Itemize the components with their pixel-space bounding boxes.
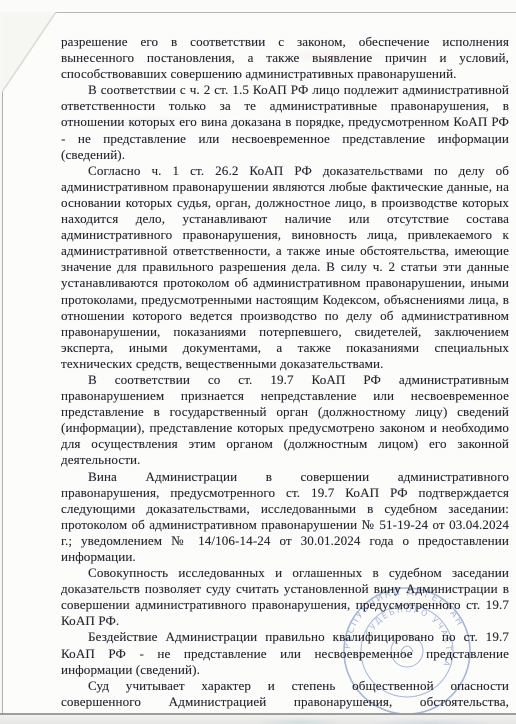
scanned-document-view: разрешение его в соответствии с законом,… <box>0 0 516 724</box>
paragraph: Вина Администрации в совершении админист… <box>61 469 509 566</box>
next-page-strip <box>0 715 516 724</box>
document-text: разрешение его в соответствии с законом,… <box>61 34 509 724</box>
paragraph: Согласно ч. 1 ст. 26.2 КоАП РФ доказател… <box>61 163 509 372</box>
paragraph: В соответствии с ч. 2 ст. 1.5 КоАП РФ ли… <box>61 82 509 162</box>
scanner-top-band <box>0 0 516 12</box>
paragraph: Бездействие Администрации правильно квал… <box>61 629 509 677</box>
paragraph: В соответствии со ст. 19.7 КоАП РФ админ… <box>61 372 509 469</box>
document-page: разрешение его в соответствии с законом,… <box>2 12 516 714</box>
paragraph: Совокупность исследованных и оглашенных … <box>61 565 509 629</box>
paragraph: разрешение его в соответствии с законом,… <box>61 34 509 82</box>
